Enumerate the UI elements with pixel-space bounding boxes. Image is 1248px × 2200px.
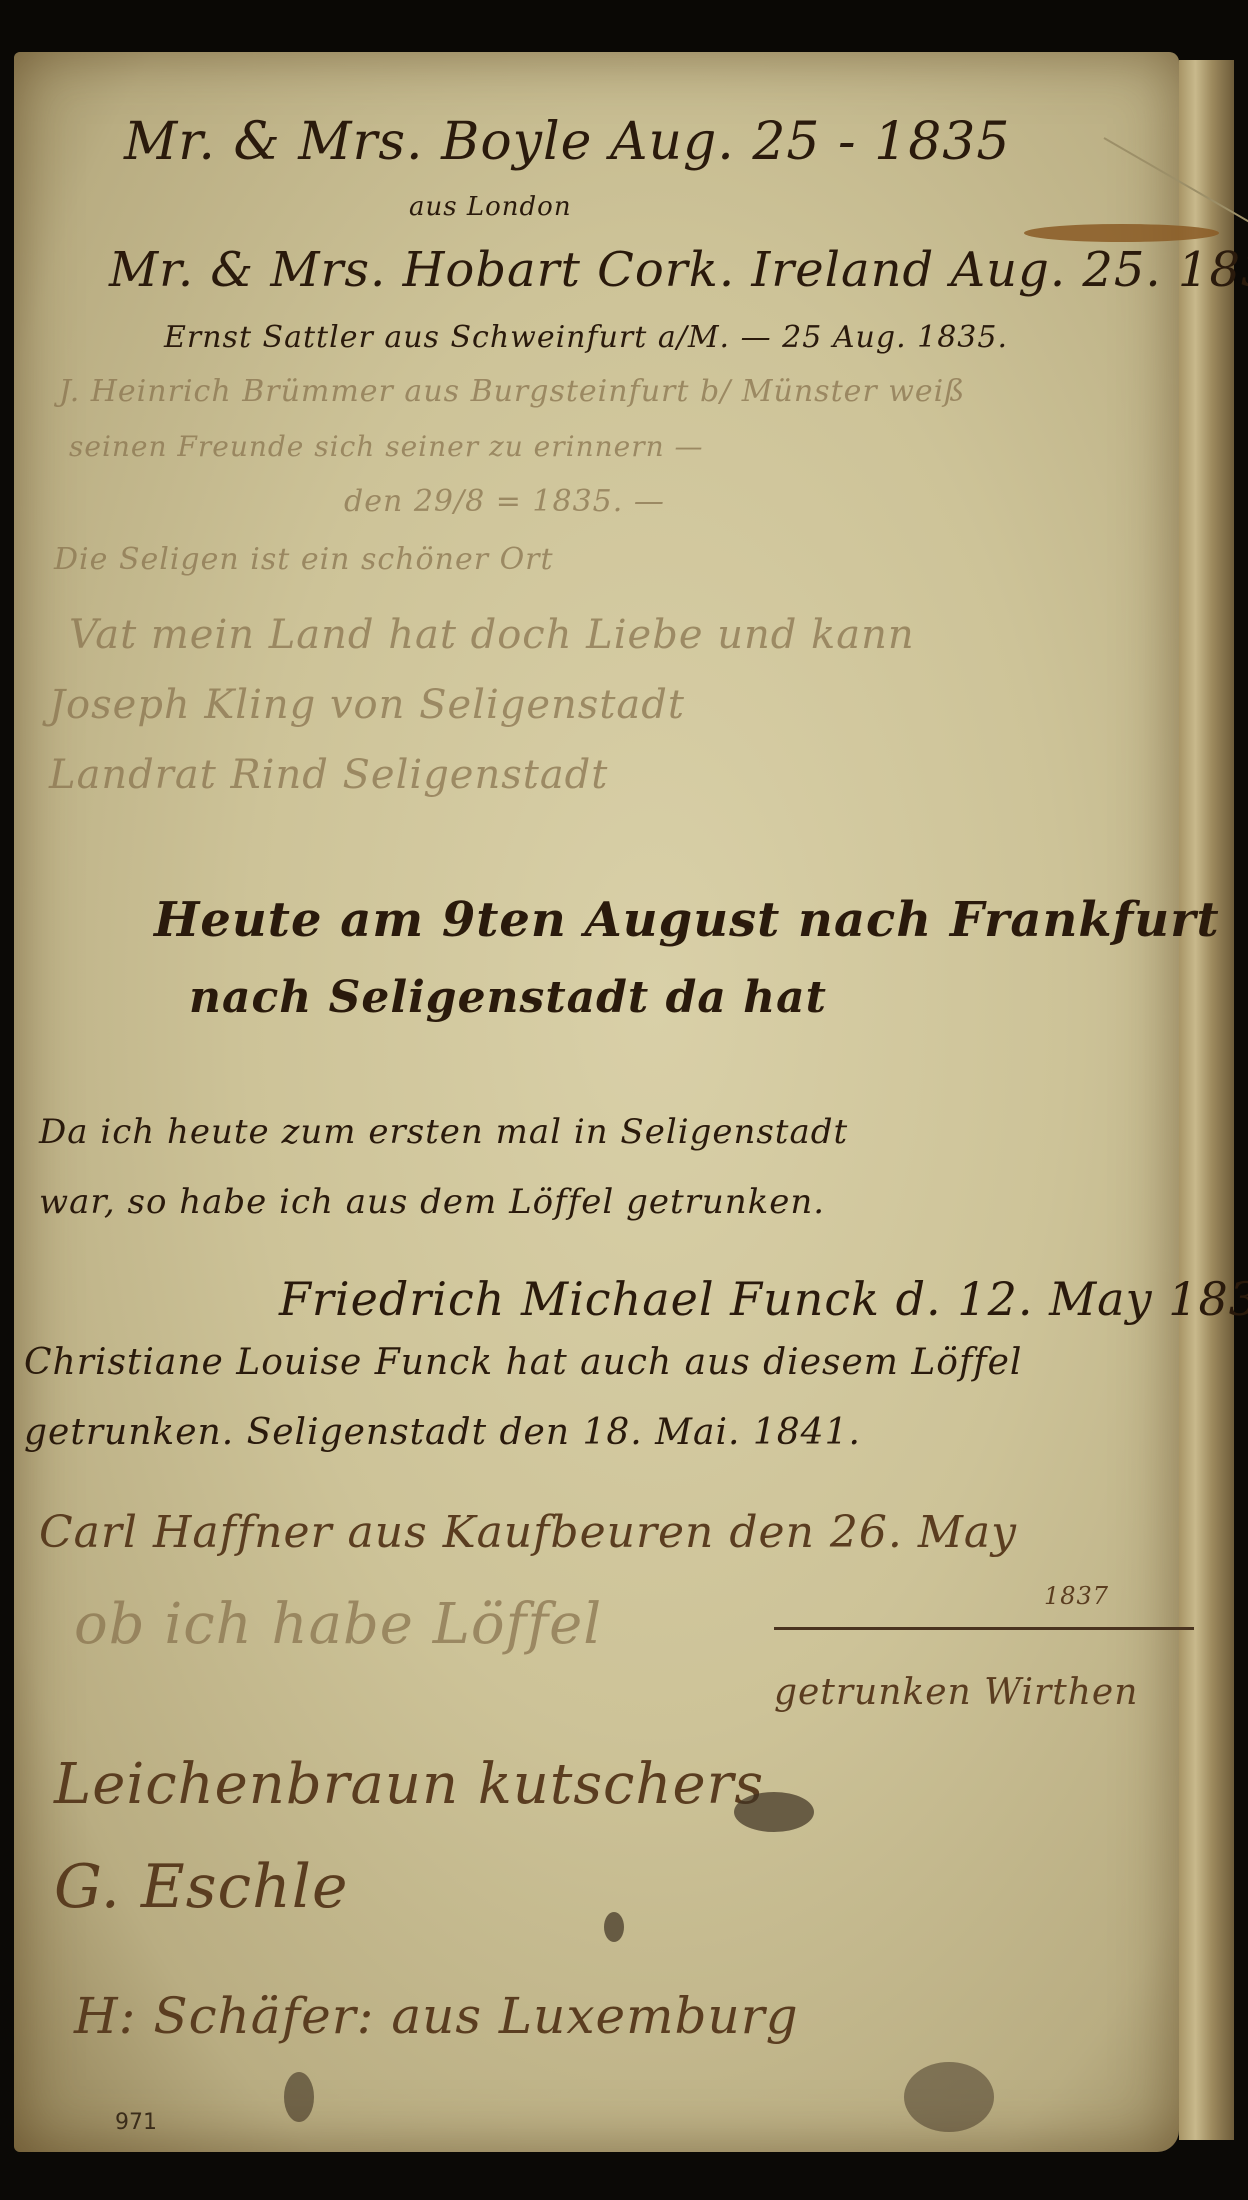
entry-bruemmer-date: den 29/8 = 1835. — (344, 484, 665, 519)
ink-blot (284, 2072, 314, 2122)
entry-schaefer: H: Schäfer: aus Luxemburg (74, 1987, 799, 2045)
ink-blot (734, 1792, 814, 1832)
entry-ob-ich: ob ich habe Löffel (74, 1592, 602, 1657)
entry-wirthen: getrunken Wirthen (774, 1672, 1138, 1713)
entry-loeffel: war, so habe ich aus dem Löffel getrunke… (39, 1182, 825, 1222)
page-stack-edge (1179, 60, 1234, 2140)
entry-hobart: Mr. & Mrs. Hobart Cork. Ireland Aug. 25.… (109, 242, 1248, 298)
entry-heute: Heute am 9ten August nach Frankfurt (154, 892, 1220, 948)
entry-heute-2: nach Seligenstadt da hat (189, 972, 827, 1023)
folio-number: 971 (115, 2110, 157, 2135)
entry-funck-christiane: Christiane Louise Funck hat auch aus die… (24, 1342, 1022, 1383)
entry-erstes-mal: Da ich heute zum ersten mal in Seligenst… (39, 1112, 848, 1152)
entry-bruemmer: J. Heinrich Brümmer aus Burgsteinfurt b/… (59, 374, 965, 409)
entry-faint-1: Die Seligen ist ein schöner Ort (54, 542, 554, 577)
book-shadow-top (0, 0, 1248, 60)
entry-leichenbraun: Leichenbraun kutschers (54, 1752, 764, 1817)
entry-boyle-origin: aus London (409, 192, 572, 222)
entry-boyle: Mr. & Mrs. Boyle Aug. 25 - 1835 (124, 112, 1010, 172)
entry-bruemmer-2: seinen Freunde sich seiner zu erinnern — (69, 430, 704, 463)
entry-faint-3: Joseph Kling von Seligenstadt (49, 682, 685, 728)
entry-funck-date: getrunken. Seligenstadt den 18. Mai. 184… (24, 1412, 861, 1453)
entry-sattler: Ernst Sattler aus Schweinfurt a/M. — 25 … (164, 320, 1008, 355)
entry-faint-2: Vat mein Land hat doch Liebe und kann (69, 612, 915, 658)
entry-faint-4: Landrat Rind Seligenstadt (49, 752, 608, 798)
ink-blot (904, 2062, 994, 2132)
manuscript-page: Mr. & Mrs. Boyle Aug. 25 - 1835 aus Lond… (14, 52, 1179, 2152)
entry-haffner: Carl Haffner aus Kaufbeuren den 26. May (39, 1507, 1017, 1558)
strikethrough-line (774, 1627, 1194, 1630)
ink-blot (604, 1912, 624, 1942)
entry-eschle: G. Eschle (54, 1852, 348, 1922)
entry-haffner-year: 1837 (1044, 1582, 1109, 1610)
entry-funck-friedrich: Friedrich Michael Funck d. 12. May 1837 (279, 1272, 1248, 1326)
ink-smear (1024, 224, 1219, 242)
